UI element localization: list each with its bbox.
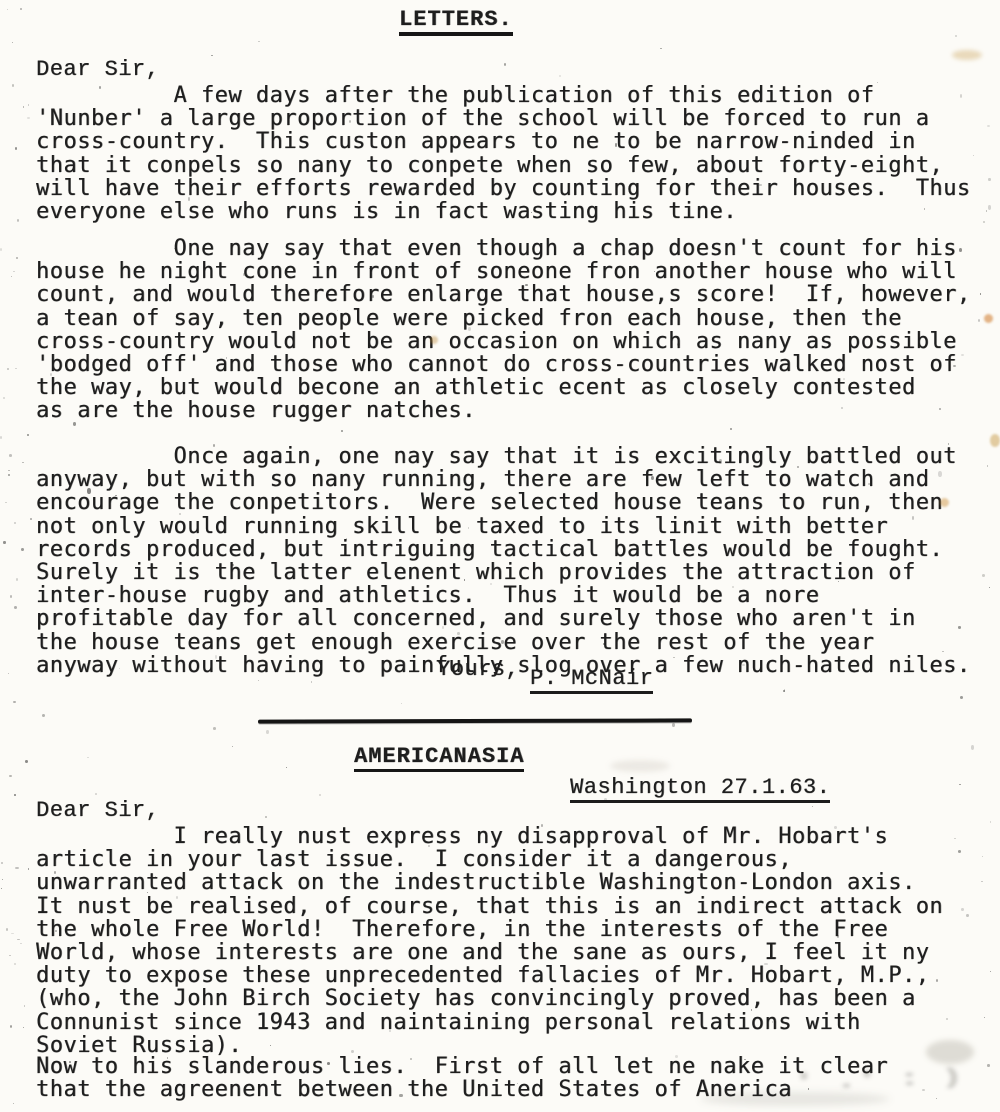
- letter2-dateline: Washington 27.1.63.: [570, 776, 830, 803]
- letter1-paragraph-1: A few days after the publication of this…: [36, 84, 971, 223]
- letter1-signature-closing: Yours,: [437, 658, 519, 681]
- letter1-salutation: Dear Sir,: [36, 58, 159, 81]
- letter2-paragraph-1: I really nust express ny disapproval of …: [36, 825, 943, 1057]
- letter2-heading: AMERICANASIA: [354, 745, 524, 772]
- page-title: LETTERS.: [399, 8, 513, 36]
- letter1-signature-name: P. McNair: [530, 667, 653, 694]
- letter2-salutation: Dear Sir,: [36, 799, 159, 822]
- section-divider-rule: [258, 718, 692, 723]
- letter1-paragraph-2: One nay say that even though a chap does…: [36, 237, 971, 423]
- scanned-letter-page: LETTERS. Dear Sir, A few days after the …: [0, 0, 1000, 1112]
